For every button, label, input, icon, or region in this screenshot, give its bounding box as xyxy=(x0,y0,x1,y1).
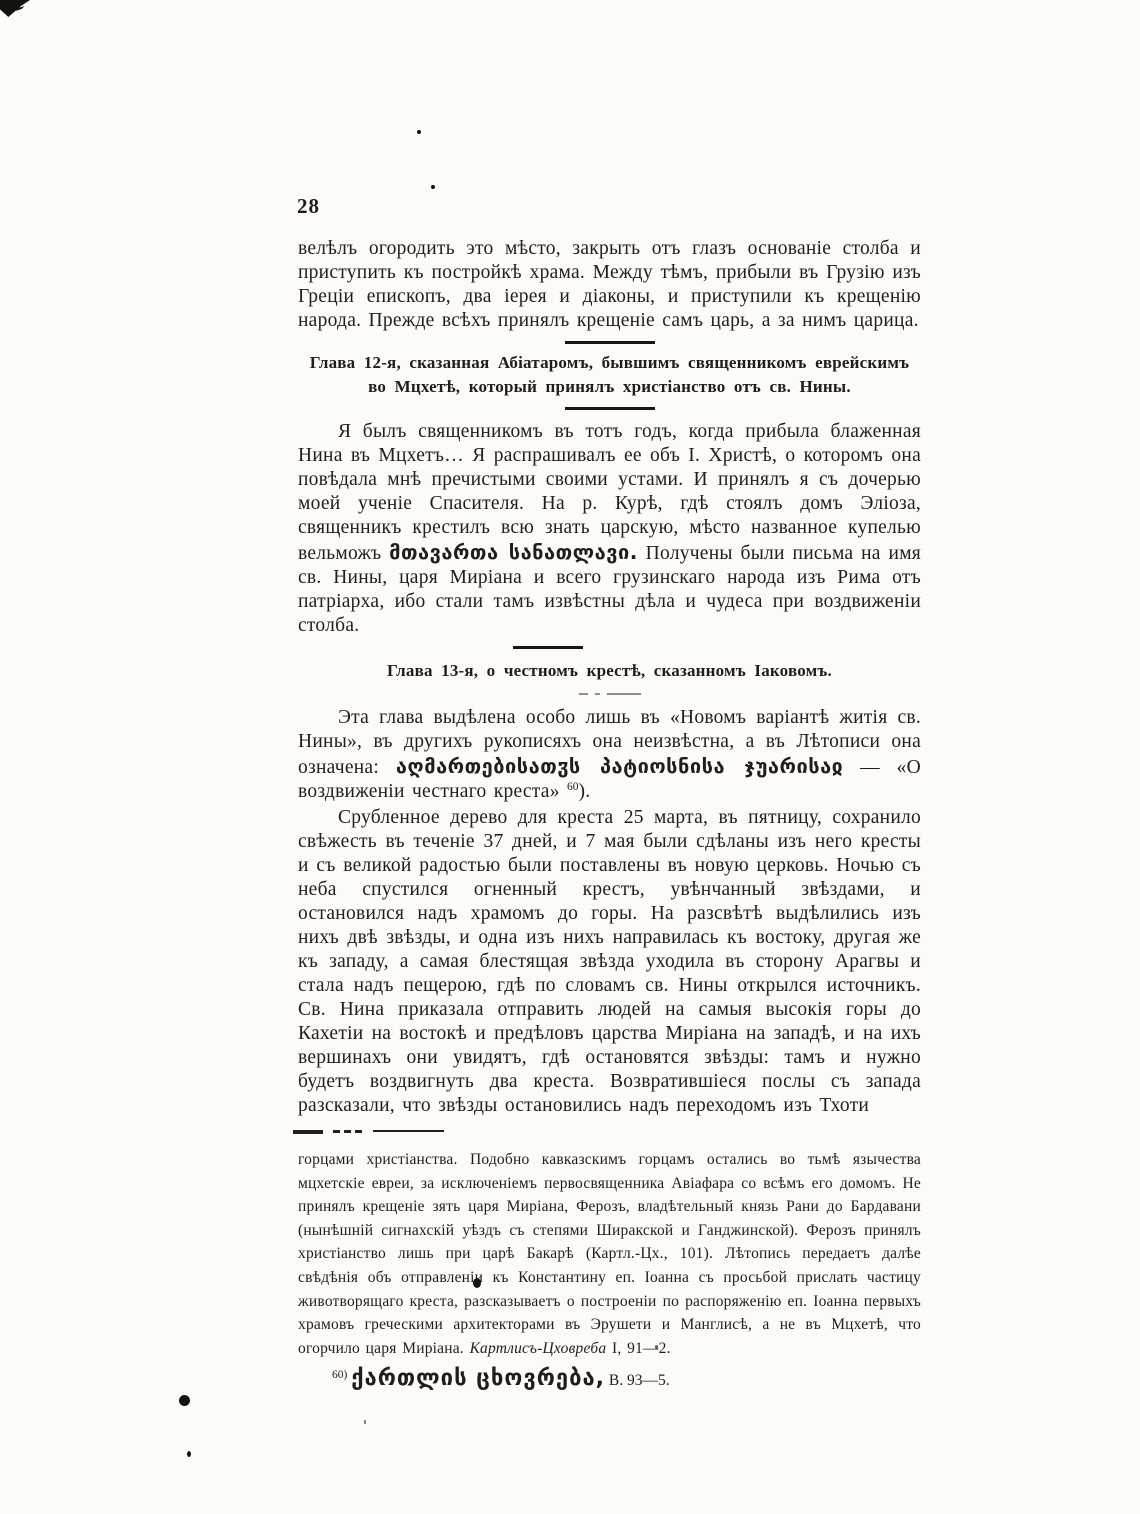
footnote-60: 60) ქართლის ცხოვრება, В. 93—5. xyxy=(298,1364,921,1397)
georgian-phrase-footnote: ქართლის ცხოვრება, xyxy=(351,1366,605,1391)
paragraph-text: ). xyxy=(579,781,591,802)
footnote-source-title: Картлисъ-Цховреба xyxy=(470,1340,607,1357)
heading-text: Глава 12-я, сказанная Абіатаромъ, бывшим… xyxy=(310,353,910,396)
paragraph-text: Срубленное дерево для креста 25 марта, в… xyxy=(298,807,921,1116)
footnote-reference-60: 60 xyxy=(567,781,579,793)
footnote-separator xyxy=(298,1130,921,1134)
page-number: 28 xyxy=(297,194,320,219)
georgian-phrase-inline: აღმართებისათჳს პატიოსნისა ჯუარისაჲ xyxy=(396,754,843,778)
chapter-13-heading: Глава 13-я, о честномъ крестѣ, сказанном… xyxy=(298,659,921,683)
ink-speck xyxy=(431,185,435,189)
section-rule-above-ch12 xyxy=(565,341,655,344)
ink-dot xyxy=(179,1395,190,1406)
heading-text: Глава 13-я, о честномъ крестѣ, сказанном… xyxy=(387,661,832,680)
chapter-12-heading: Глава 12-я, сказанная Абіатаромъ, бывшим… xyxy=(298,351,921,399)
footnote-60-reference: В. 93—5. xyxy=(605,1372,670,1389)
ink-speck xyxy=(364,1420,366,1424)
chapter-13-paragraph-1: Эта глава выдѣлена особо лишь въ «Новомъ… xyxy=(298,706,921,806)
paragraph-text: велѣлъ огородить это мѣсто, закрыть отъ … xyxy=(298,238,921,331)
georgian-phrase-inline: მთავართა სანათლავი. xyxy=(389,540,638,564)
ink-blob-corner xyxy=(0,0,30,17)
text-column: велѣлъ огородить это мѣсто, закрыть отъ … xyxy=(298,237,921,1397)
faint-rule-below-ch13 xyxy=(555,690,665,698)
footnote-body: I, 91—2. xyxy=(606,1340,670,1357)
scanned-book-page: 28 велѣлъ огородить это мѣсто, закрыть о… xyxy=(0,0,1140,1514)
ink-speck xyxy=(417,130,421,134)
footnote-text: горцами христіанства. Подобно кавказским… xyxy=(298,1148,921,1360)
footnote-body: горцами христіанства. Подобно кавказским… xyxy=(298,1151,921,1357)
ink-speck xyxy=(187,1451,191,1457)
footnote-60-marker: 60) xyxy=(332,1369,347,1381)
section-rule-above-ch13 xyxy=(513,646,583,649)
chapter-12-paragraph: Я былъ священникомъ въ тотъ годъ, когда … xyxy=(298,420,921,638)
section-rule-below-ch12 xyxy=(565,407,655,410)
body-paragraph-continued: велѣлъ огородить это мѣсто, закрыть отъ … xyxy=(298,237,921,333)
chapter-13-paragraph-2: Срубленное дерево для креста 25 марта, в… xyxy=(298,806,921,1118)
